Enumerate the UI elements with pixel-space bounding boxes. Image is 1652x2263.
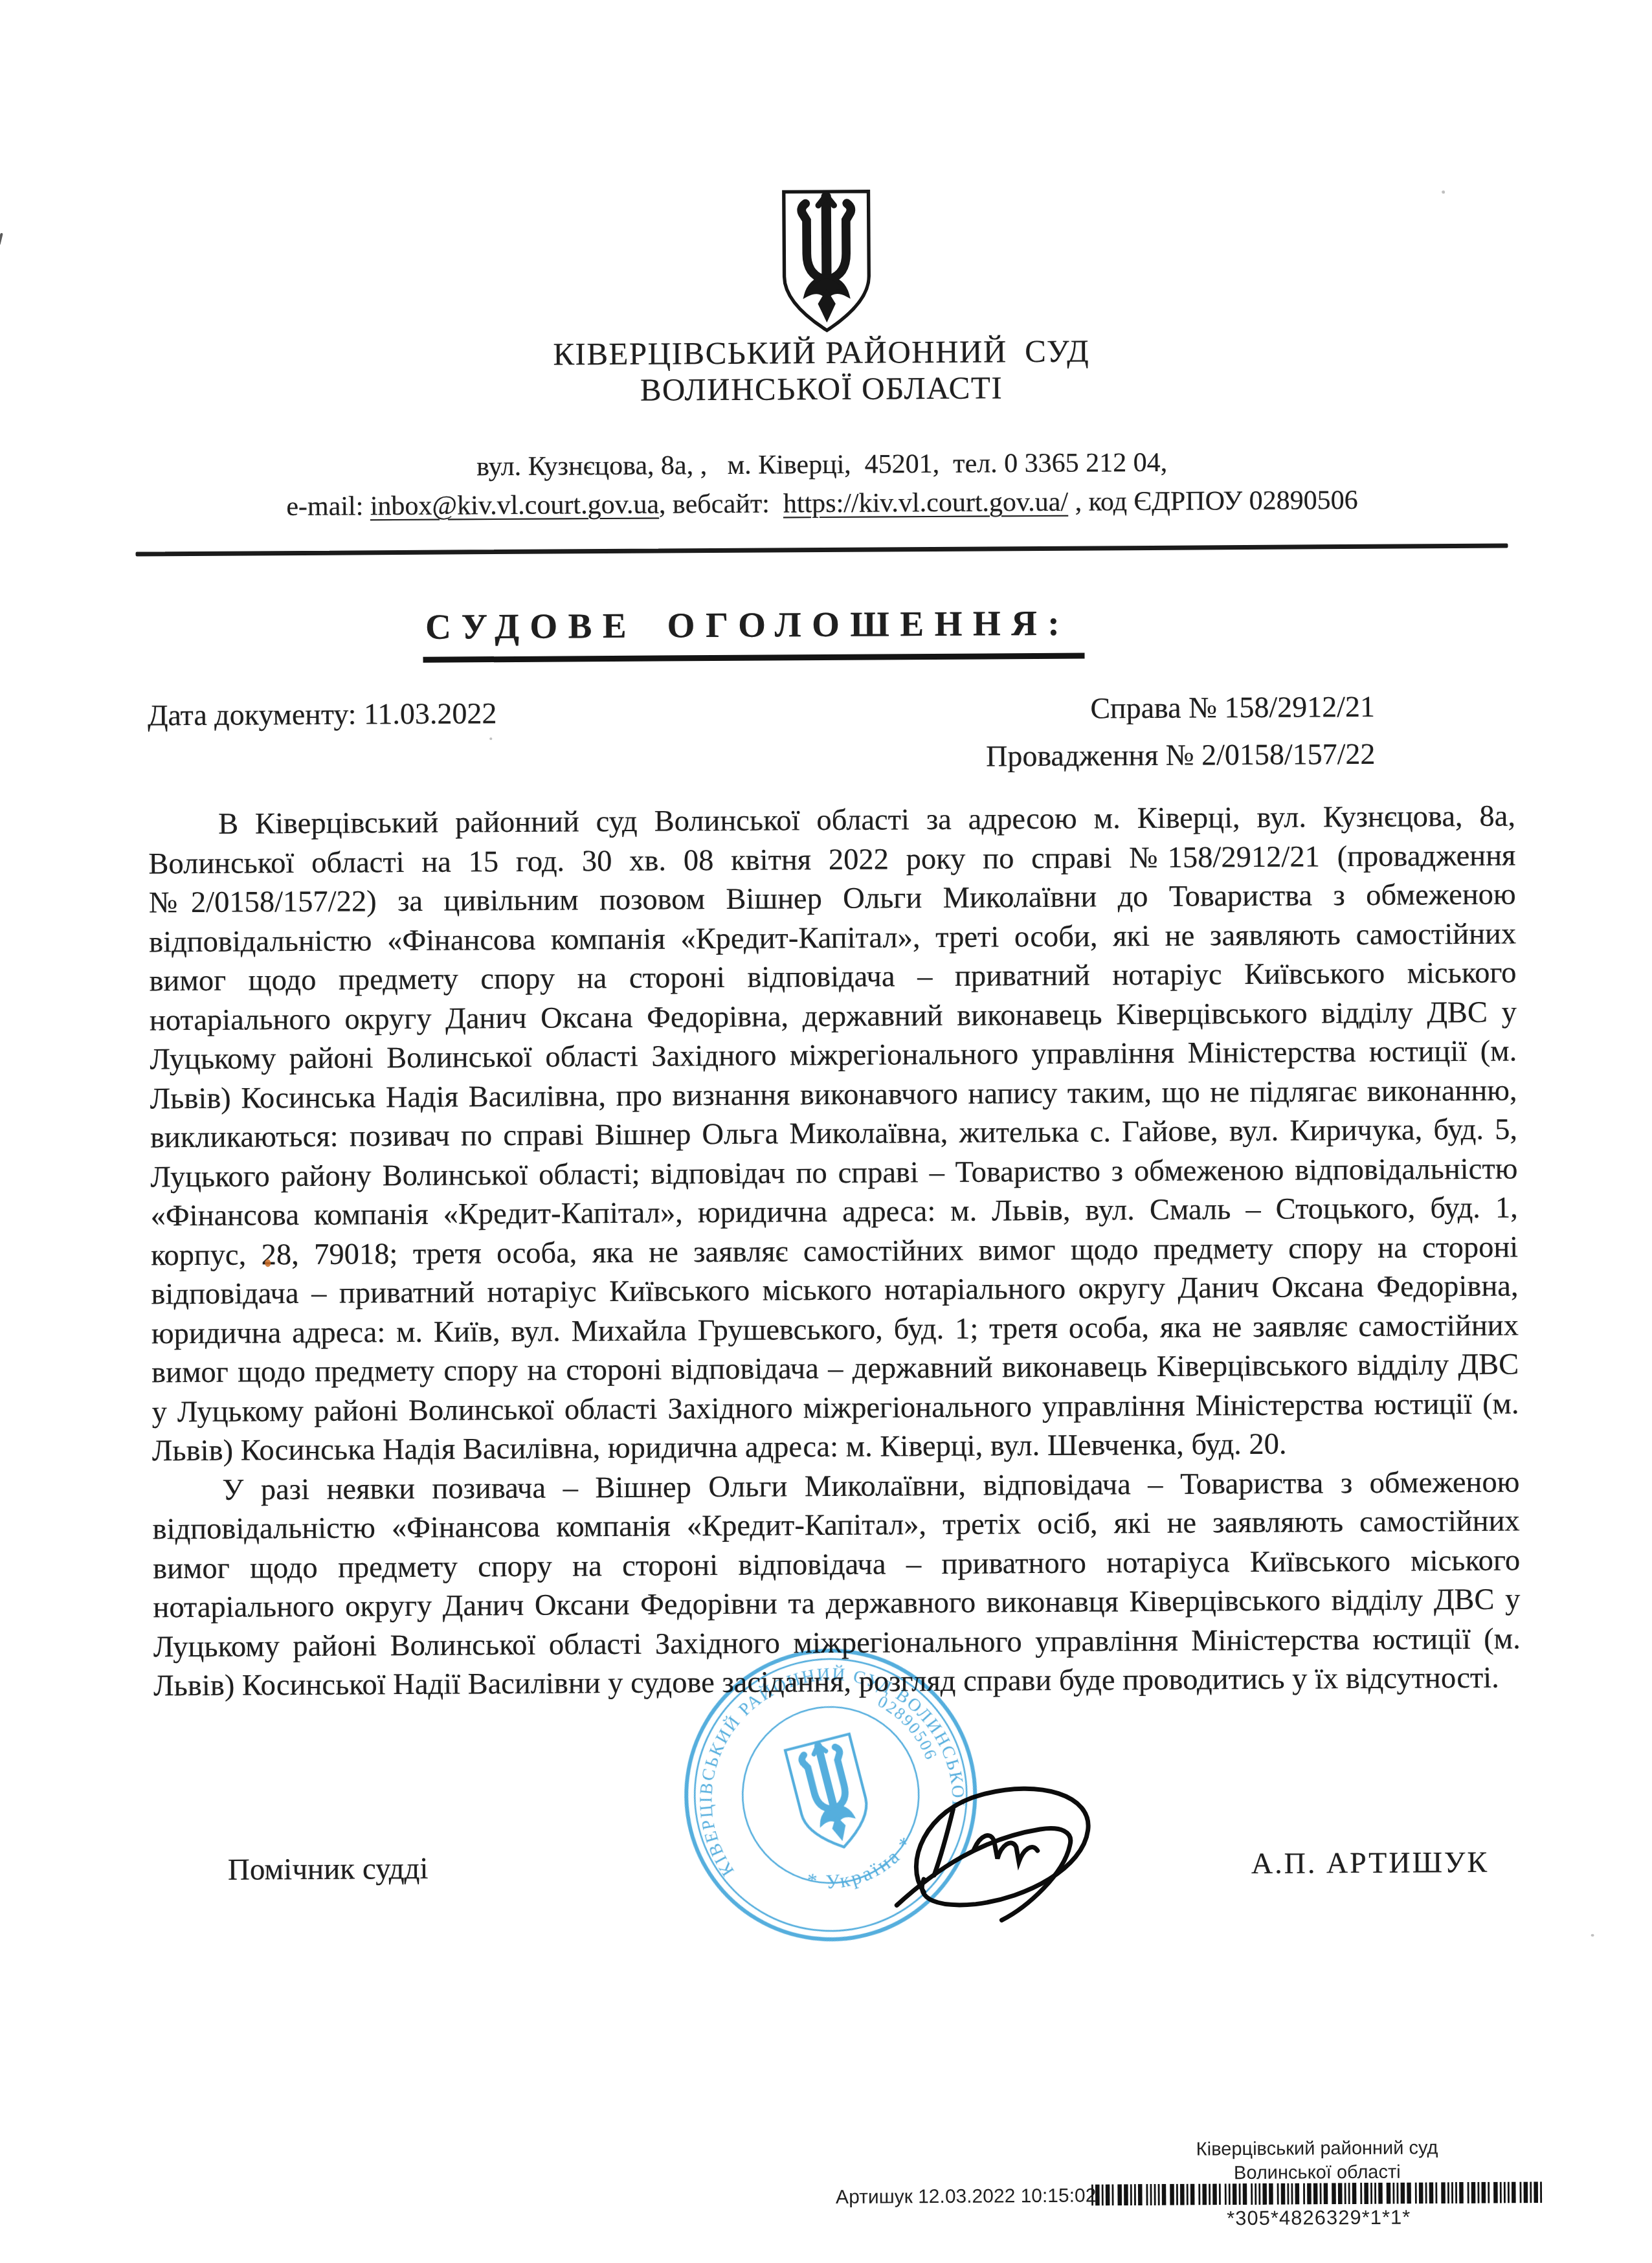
judge-signature bbox=[876, 1769, 1130, 1932]
barcode-value: *305*4826329*1*1* bbox=[1091, 2205, 1546, 2231]
scan-artifact-dot bbox=[265, 1259, 271, 1267]
scan-speck bbox=[1442, 190, 1445, 194]
scan-speck bbox=[489, 737, 492, 740]
header-divider bbox=[136, 544, 1508, 557]
website-link[interactable]: https://kiv.vl.court.gov.ua/ bbox=[783, 487, 1068, 519]
page-title: СУДОВЕ ОГОЛОШЕННЯ: bbox=[423, 603, 1084, 663]
announcement-body: В Ківерцівський районний суд Волинської … bbox=[148, 797, 1521, 1706]
scan-artifact-mark bbox=[0, 233, 3, 245]
case-number: Справа № 158/2912/21 bbox=[985, 683, 1375, 733]
court-address: вул. Кузнєцова, 8а, , м. Ківерці, 45201,… bbox=[0, 444, 1648, 485]
ukraine-trident-emblem-icon bbox=[769, 187, 884, 335]
court-contacts: e-mail: inbox@kiv.vl.court.gov.ua, вебса… bbox=[0, 483, 1648, 524]
case-info-block: Справа № 158/2912/21 Провадження № 2/015… bbox=[985, 683, 1375, 780]
footer-stamp-info: Артишук 12.03.2022 10:15:02 bbox=[836, 2185, 1097, 2208]
footer-court-name: Ківерцівський районний суд Волинської об… bbox=[1094, 2135, 1541, 2186]
assistant-judge-label: Помічник судді bbox=[228, 1851, 429, 1888]
proceeding-number: Провадження № 2/0158/157/22 bbox=[986, 730, 1376, 780]
signer-name: А.П. АРТИШУК bbox=[1251, 1845, 1490, 1880]
email-link[interactable]: inbox@kiv.vl.court.gov.ua bbox=[370, 490, 659, 522]
edrpou-code: , код ЄДРПОУ 02890506 bbox=[1068, 485, 1358, 517]
stamp-trident-icon bbox=[785, 1734, 876, 1855]
website-label: , вебсайт: bbox=[659, 489, 783, 519]
scan-speck bbox=[1591, 1934, 1594, 1937]
document-date: Дата документу: 11.03.2022 bbox=[148, 696, 497, 732]
barcode bbox=[1091, 2181, 1546, 2205]
footer-court-name-line1: Ківерцівський районний суд bbox=[1094, 2135, 1541, 2162]
email-label: e-mail: bbox=[286, 491, 370, 522]
announcement-paragraph-1: В Ківерцівський районний суд Волинської … bbox=[148, 797, 1519, 1471]
scanned-court-document: КІВЕРЦІВСЬКИЙ РАЙОННИЙ СУД ВОЛИНСЬКОЇ ОБ… bbox=[0, 0, 1652, 2263]
